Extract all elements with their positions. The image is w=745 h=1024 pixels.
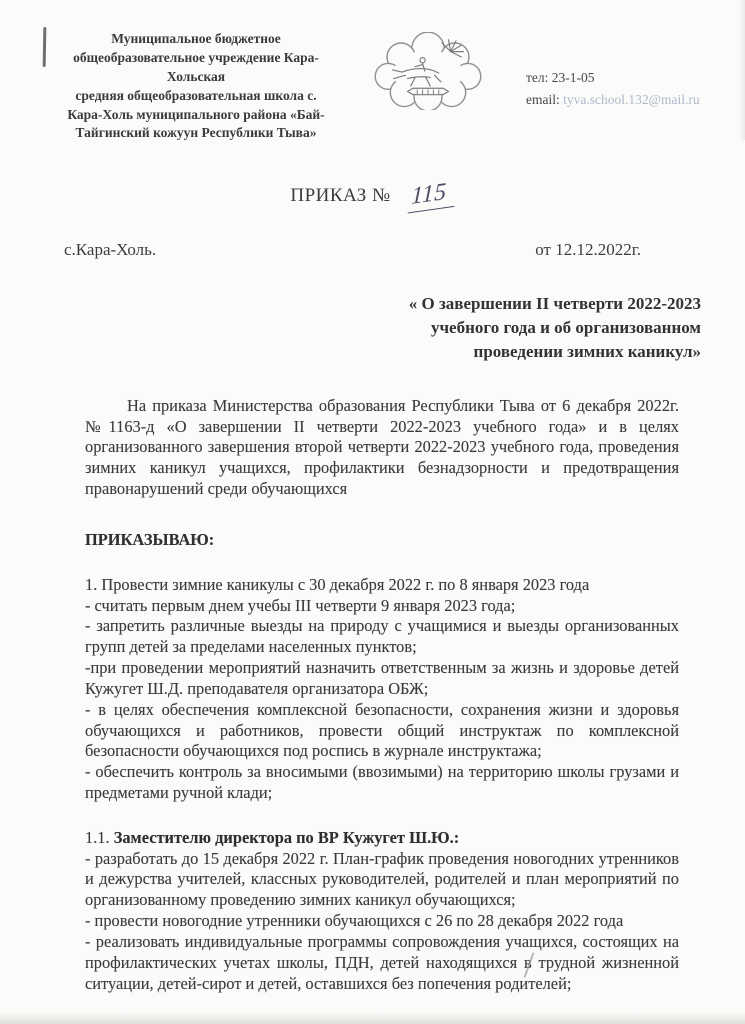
email-line: email: tyva.school.132@mail.ru: [526, 89, 700, 111]
org-name-line: Муниципальное бюджетное: [30, 30, 362, 49]
order-text-line: -при проведении мероприятий назначить от…: [85, 658, 679, 700]
order-title-prefix: ПРИКАЗ №: [290, 185, 390, 206]
email-label: email:: [526, 92, 560, 107]
order-text-line: - реализовать индивидуальные программы с…: [85, 932, 679, 994]
org-name-line: Кара-Холь муниципального района «Бай-: [30, 106, 362, 125]
subject-title-block: « О завершении II четверти 2022-2023 уче…: [0, 292, 701, 363]
email-address: tyva.school.132@mail.ru: [563, 92, 700, 107]
order-text-line: - в целях обеспечения комплексной безопа…: [85, 700, 679, 762]
order-text-line: 1. Провести зимние каникулы с 30 декабря…: [85, 575, 679, 596]
place-date-line: с.Кара-Холь. от 12.12.2022г.: [64, 240, 641, 260]
order-title-line: ПРИКАЗ № 115: [0, 181, 745, 210]
document-body: На приказа Министерства образования Респ…: [85, 396, 679, 995]
order-number-handwritten: 115: [408, 178, 455, 214]
phone-number: тел: 23-1-05: [526, 67, 700, 89]
document-header: Муниципальное бюджетное общеобразователь…: [0, 0, 745, 143]
subitem-number: 1.1.: [85, 828, 110, 847]
resolution-heading: ПРИКАЗЫВАЮ:: [85, 530, 679, 551]
organization-name-block: Муниципальное бюджетное общеобразователь…: [30, 30, 362, 143]
org-name-line: общеобразовательное учреждение Кара-: [30, 49, 362, 68]
order-text-line: - запретить различные выезды на природу …: [85, 616, 679, 658]
order-item-1-1: 1.1. Заместителю директора по ВР Кужугет…: [85, 828, 679, 995]
subject-line: проведении зимних каникул»: [0, 340, 701, 364]
order-item-1: 1. Провести зимние каникулы с 30 декабря…: [85, 575, 679, 804]
org-name-line: Хольская: [30, 68, 362, 87]
org-name-line: Тайгинский кожуун Республики Тыва»: [30, 124, 362, 143]
contact-info-block: тел: 23-1-05 email: tyva.school.132@mail…: [526, 30, 700, 143]
order-date: от 12.12.2022г.: [535, 240, 641, 260]
preamble-paragraph: На приказа Министерства образования Респ…: [85, 396, 679, 500]
place-name: с.Кара-Холь.: [64, 240, 156, 260]
scan-edge-shadow: [739, 0, 745, 140]
scanned-order-document: Муниципальное бюджетное общеобразователь…: [0, 0, 745, 1024]
subject-line: « О завершении II четверти 2022-2023: [0, 292, 701, 316]
subitem-title: Заместителю директора по ВР Кужугет Ш.Ю.…: [114, 828, 459, 847]
subject-line: учебного года и об организованном: [0, 316, 701, 340]
order-text-line: - обеспечить контроль за вносимыми (ввоз…: [85, 762, 679, 804]
order-text-line: - провести новогодние утренники обучающи…: [85, 911, 679, 932]
order-text-line: - считать первым днем учебы III четверти…: [85, 596, 679, 617]
scan-bottom-shadow: [0, 1012, 745, 1024]
order-text-line: - разработать до 15 декабря 2022 г. План…: [85, 849, 679, 911]
order-subitem-heading: 1.1. Заместителю директора по ВР Кужугет…: [85, 828, 679, 849]
school-emblem-icon: [372, 30, 490, 143]
org-name-line: средняя общеобразовательная школа с.: [30, 87, 362, 106]
